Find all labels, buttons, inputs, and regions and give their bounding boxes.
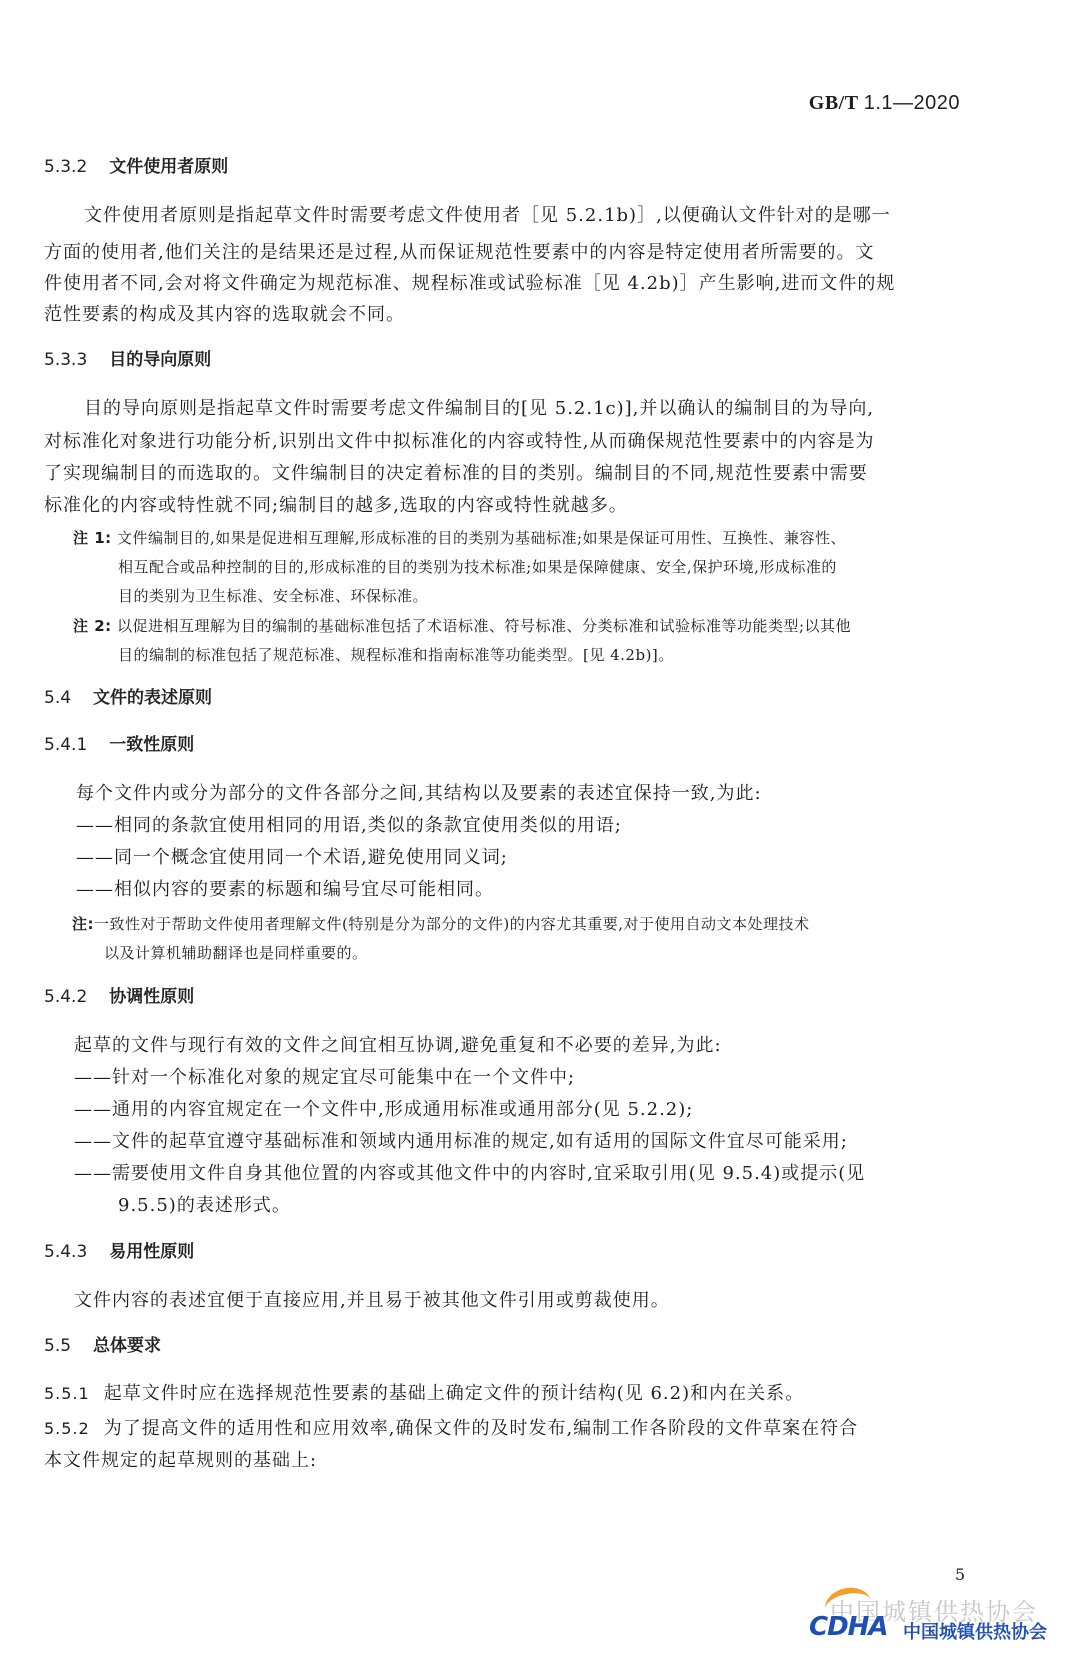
paragraph-line: 标准化的内容或特性就不同;编制目的越多,选取的内容或特性就越多。 xyxy=(44,490,628,522)
paragraph-line: 件使用者不同,会对将文件确定为规范标准、规程标准或试验标准［见 4.2b)］产生… xyxy=(44,268,895,300)
note-1: 注 1: 文件编制目的,如果是促进相互理解,形成标准的目的类别为基础标准;如果是… xyxy=(73,524,846,553)
paragraph-line: 了实现编制目的而选取的。文件编制目的决定着标准的目的类别。编制目的不同,规范性要… xyxy=(44,458,868,490)
heading-5-3-3: 5.3.3目的导向原则 xyxy=(44,345,211,370)
list-item: ——文件的起草宜遵守基础标准和领域内通用标准的规定,如有适用的国际文件宜尽可能采… xyxy=(74,1126,848,1158)
paragraph-line: 方面的使用者,他们关注的是结果还是过程,从而保证规范性要素中的内容是特定使用者所… xyxy=(44,237,874,269)
heading-5-4: 5.4文件的表述原则 xyxy=(44,683,212,708)
heading-5-4-2: 5.4.2协调性原则 xyxy=(44,982,194,1007)
clause-5-5-2: 5.5.2为了提高文件的适用性和应用效率,确保文件的及时发布,编制工作各阶段的文… xyxy=(44,1413,858,1445)
heading-5-5: 5.5总体要求 xyxy=(44,1331,161,1356)
logo-abbr: CDHA xyxy=(809,1612,888,1642)
list-item: ——通用的内容宜规定在一个文件中,形成通用标准或通用部分(见 5.2.2); xyxy=(74,1094,693,1126)
page-number: 5 xyxy=(955,1565,965,1584)
list-item: ——相似内容的要素的标题和编号宜尽可能相同。 xyxy=(76,874,494,906)
standard-code-prefix: GB/T xyxy=(809,92,858,114)
note-line: 目的类别为卫生标准、安全标准、环保标准。 xyxy=(118,582,428,611)
paragraph-line: 文件内容的表述宜便于直接应用,并且易于被其他文件引用或剪裁使用。 xyxy=(74,1285,670,1317)
paragraph-line: 目的导向原则是指起草文件时需要考虑文件编制目的[见 5.2.1c)],并以确认的… xyxy=(84,393,874,425)
standard-number: 1.1—2020 xyxy=(864,92,960,114)
note-2: 注 2: 以促进相互理解为目的编制的基础标准包括了术语标准、符号标准、分类标准和… xyxy=(73,612,851,641)
heading-5-4-1: 5.4.1一致性原则 xyxy=(44,730,194,755)
paragraph-line: 本文件规定的起草规则的基础上: xyxy=(44,1445,317,1477)
note-line: 以及计算机辅助翻译也是同样重要的。 xyxy=(104,939,368,968)
cdha-logo: 中国城镇供热协会 CDHA 中国城镇供热协会 xyxy=(795,1590,1065,1650)
paragraph-line: 起草的文件与现行有效的文件之间宜相互协调,避免重复和不必要的差异,为此: xyxy=(74,1030,722,1062)
list-item: ——需要使用文件自身其他位置的内容或其他文件中的内容时,宜采取引用(见 9.5.… xyxy=(74,1158,865,1190)
note-line: 相互配合或品种控制的目的,形成标准的目的类别为技术标准;如果是保障健康、安全,保… xyxy=(118,553,837,582)
list-item: ——同一个概念宜使用同一个术语,避免使用同义词; xyxy=(76,842,508,874)
list-item: ——相同的条款宜使用相同的用语,类似的条款宜使用类似的用语; xyxy=(76,810,622,842)
paragraph-line: 范性要素的构成及其内容的选取就会不同。 xyxy=(44,299,405,331)
list-item: ——针对一个标准化对象的规定宜尽可能集中在一个文件中; xyxy=(74,1062,575,1094)
standard-code: GB/T 1.1—2020 xyxy=(809,92,960,115)
paragraph-line: 文件使用者原则是指起草文件时需要考虑文件使用者［见 5.2.1b)］,以便确认文… xyxy=(84,200,891,232)
logo-name: 中国城镇供热协会 xyxy=(903,1618,1047,1644)
note: 注:一致性对于帮助文件使用者理解文件(特别是分为部分的文件)的内容尤其重要,对于… xyxy=(72,910,809,939)
heading-5-3-2: 5.3.2文件使用者原则 xyxy=(44,152,228,177)
clause-5-5-1: 5.5.1起草文件时应在选择规范性要素的基础上确定文件的预计结构(见 6.2)和… xyxy=(44,1378,804,1410)
note-line: 目的编制的标准包括了规范标准、规程标准和指南标准等功能类型。[见 4.2b)]。 xyxy=(118,641,674,670)
heading-5-4-3: 5.4.3易用性原则 xyxy=(44,1237,194,1262)
paragraph-line: 每个文件内或分为部分的文件各部分之间,其结构以及要素的表述宜保持一致,为此: xyxy=(76,778,762,810)
list-item-continuation: 9.5.5)的表述形式。 xyxy=(118,1190,291,1222)
paragraph-line: 对标准化对象进行功能分析,识别出文件中拟标准化的内容或特性,从而确保规范性要素中… xyxy=(44,426,874,458)
